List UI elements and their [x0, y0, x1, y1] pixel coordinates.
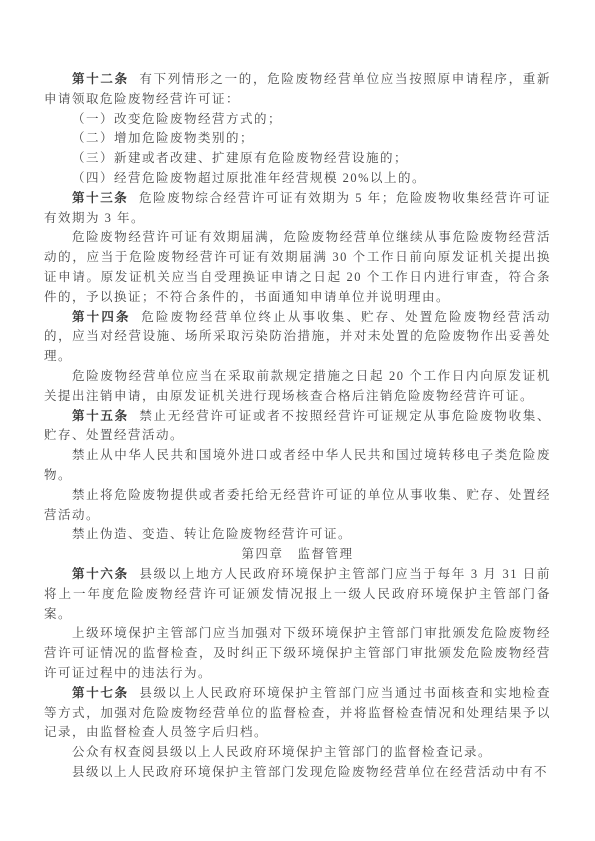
article-number: 第十三条: [72, 191, 128, 205]
paragraph: 禁止伪造、变造、转让危险废物经营许可证。: [44, 525, 551, 545]
paragraph: （三）新建或者改建、扩建原有危险废物经营设施的；: [44, 149, 551, 169]
document-page: 第十二条有下列情形之一的，危险废物经营单位应当按照原申请程序，重新申请领取危险废…: [0, 0, 595, 841]
article-number: 第十五条: [72, 409, 129, 423]
article-number: 第十七条: [72, 686, 129, 700]
article-number: 第十四条: [72, 310, 131, 324]
paragraph: 公众有权查阅县级以上人民政府环境保护主管部门的监督检查记录。: [44, 743, 551, 763]
paragraph: （一）改变危险废物经营方式的；: [44, 110, 551, 130]
paragraph: 危险废物经营许可证有效期届满，危险废物经营单位继续从事危险废物经营活动的，应当于…: [44, 228, 551, 307]
paragraph: 第十七条县级以上人民政府环境保护主管部门应当通过书面核查和实地检查等方式，加强对…: [44, 684, 551, 743]
paragraph: 第十二条有下列情形之一的，危险废物经营单位应当按照原申请程序，重新申请领取危险废…: [44, 70, 551, 110]
paragraph: （四）经营危险废物超过原批准年经营规模 20%以上的。: [44, 169, 551, 189]
paragraph: 第十六条县级以上地方人民政府环境保护主管部门应当于每年 3 月 31 日前将上一…: [44, 565, 551, 624]
paragraph: 危险废物经营单位应当在采取前款规定措施之日起 20 个工作日内向原发证机关提出注…: [44, 367, 551, 407]
document-body: 第十二条有下列情形之一的，危险废物经营单位应当按照原申请程序，重新申请领取危险废…: [44, 70, 551, 783]
paragraph: 上级环境保护主管部门应当加强对下级环境保护主管部门审批颁发危险废物经营许可证情况…: [44, 624, 551, 683]
paragraph: 禁止从中华人民共和国境外进口或者经中华人民共和国过境转移电子类危险废物。: [44, 446, 551, 486]
article-number: 第十二条: [72, 72, 129, 86]
article-number: 第十六条: [72, 567, 129, 581]
paragraph: 第十四条危险废物经营单位终止从事收集、贮存、处置危险废物经营活动的，应当对经营设…: [44, 308, 551, 367]
paragraph: （二）增加危险废物类别的；: [44, 129, 551, 149]
paragraph: 禁止将危险废物提供或者委托给无经营许可证的单位从事收集、贮存、处置经营活动。: [44, 486, 551, 526]
paragraph: 县级以上人民政府环境保护主管部门发现危险废物经营单位在经营活动中有不: [44, 763, 551, 783]
chapter-heading: 第四章 监督管理: [44, 545, 551, 565]
paragraph: 第十五条禁止无经营许可证或者不按照经营许可证规定从事危险废物收集、贮存、处置经营…: [44, 407, 551, 447]
paragraph: 第十三条危险废物综合经营许可证有效期为 5 年；危险废物收集经营许可证有效期为 …: [44, 189, 551, 229]
